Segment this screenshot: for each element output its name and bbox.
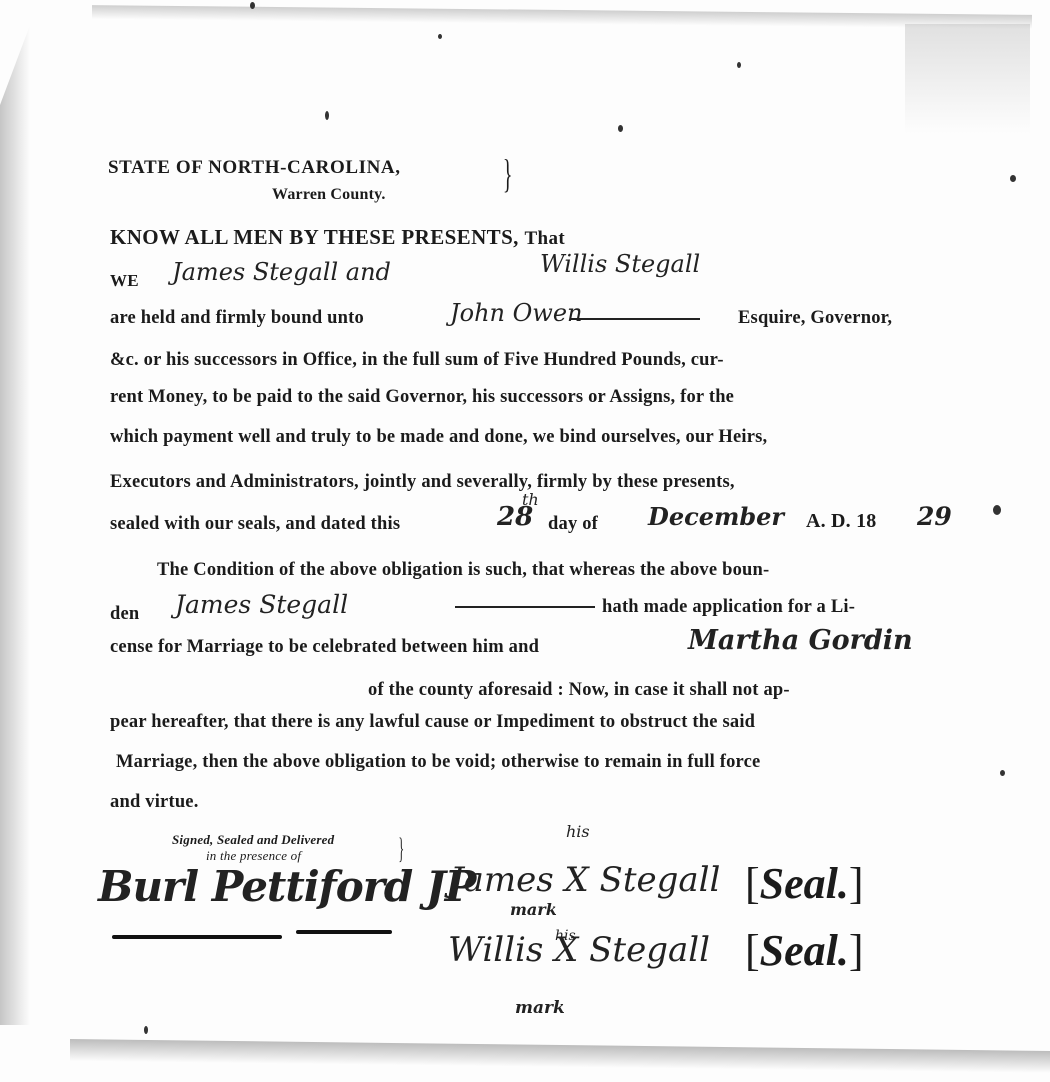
seal-bracket-open: [ [745,926,760,975]
governor-flourish-line [570,318,700,320]
body-line-6c: A. D. 18 [806,510,877,533]
county-title: Warren County. [272,186,386,204]
handwritten-bondsman-1: James Stegall and [172,258,391,286]
handwritten-his-1: his [566,822,590,841]
handwritten-signature-2: Willis X Stegall [448,930,710,970]
ink-speck [618,125,623,132]
header-brace: } [503,150,513,197]
signed-sealed-delivered: Signed, Sealed and Delivered [172,832,334,848]
body-line-6a: sealed with our seals, and dated this [110,514,400,535]
ink-speck [250,2,255,9]
body-line-13: and virtue. [110,792,199,813]
body-line-10: of the county aforesaid : Now, in case i… [368,680,790,701]
body-line-3: rent Money, to be paid to the said Gover… [110,387,734,408]
seal-text: Seal. [760,926,849,975]
handwritten-mark-2: mark [515,998,565,1018]
handwritten-bondsman-2: Willis Stegall [540,250,700,278]
handwritten-month: December [648,502,784,531]
ink-speck [993,505,1001,515]
handwritten-year: 29 [917,502,952,531]
applicant-blank-line [455,606,595,608]
paper-bottom-edge [70,1039,1050,1073]
handwritten-applicant: James Stegall [175,590,348,619]
body-line-12: Marriage, then the above obligation to b… [116,752,760,773]
paper-left-edge [0,25,30,1025]
body-line-5: Executors and Administrators, jointly an… [110,472,735,493]
seal-bracket-close: ] [849,926,864,975]
ink-speck [325,111,329,120]
handwritten-day-suffix: th [522,490,539,509]
seal-text: Seal. [760,859,849,908]
handwritten-governor-name: John Owen [450,299,583,327]
handwritten-signature-1: James X Stegall [450,860,720,900]
ink-speck [1010,175,1016,182]
ink-speck [1000,770,1005,776]
seal-label-2: [Seal.] [745,925,864,976]
preamble-text: KNOW ALL MEN BY THESE PRESENTS, [110,225,519,249]
ink-speck [438,34,442,39]
preamble: KNOW ALL MEN BY THESE PRESENTS, That [110,225,565,250]
body-line-8b: hath made application for a Li- [602,597,855,618]
body-line-6b: day of [548,514,598,535]
body-line-11: pear hereafter, that there is any lawful… [110,712,755,733]
torn-top-edge [92,5,1032,29]
ink-speck [144,1026,148,1034]
ink-speck [737,62,741,68]
handwritten-mark-1: mark [510,900,557,919]
paper-fold-shadow [905,24,1030,134]
witness-underline [296,930,392,934]
seal-label-1: [Seal.] [745,858,864,909]
handwritten-bride: Martha Gordin [688,625,913,656]
we-label: WE [110,271,139,291]
seal-bracket-close: ] [849,859,864,908]
seal-bracket-open: [ [745,859,760,908]
body-line-9a: cense for Marriage to be celebrated betw… [110,637,539,658]
body-line-7: The Condition of the above obligation is… [157,560,769,581]
body-line-1b: Esquire, Governor, [738,308,892,329]
handwritten-witness-signature: Burl Pettiford JP [98,862,475,911]
body-line-8a: den [110,604,139,625]
witness-underline [112,935,282,939]
document-page: STATE OF NORTH-CAROLINA, } Warren County… [0,0,1050,1082]
state-title: STATE OF NORTH-CAROLINA, [108,157,401,179]
preamble-tail: That [524,228,565,249]
body-line-1a: are held and firmly bound unto [110,308,364,329]
body-line-2: &c. or his successors in Office, in the … [110,350,724,371]
body-line-4: which payment well and truly to be made … [110,427,767,448]
signing-brace: } [398,832,404,866]
